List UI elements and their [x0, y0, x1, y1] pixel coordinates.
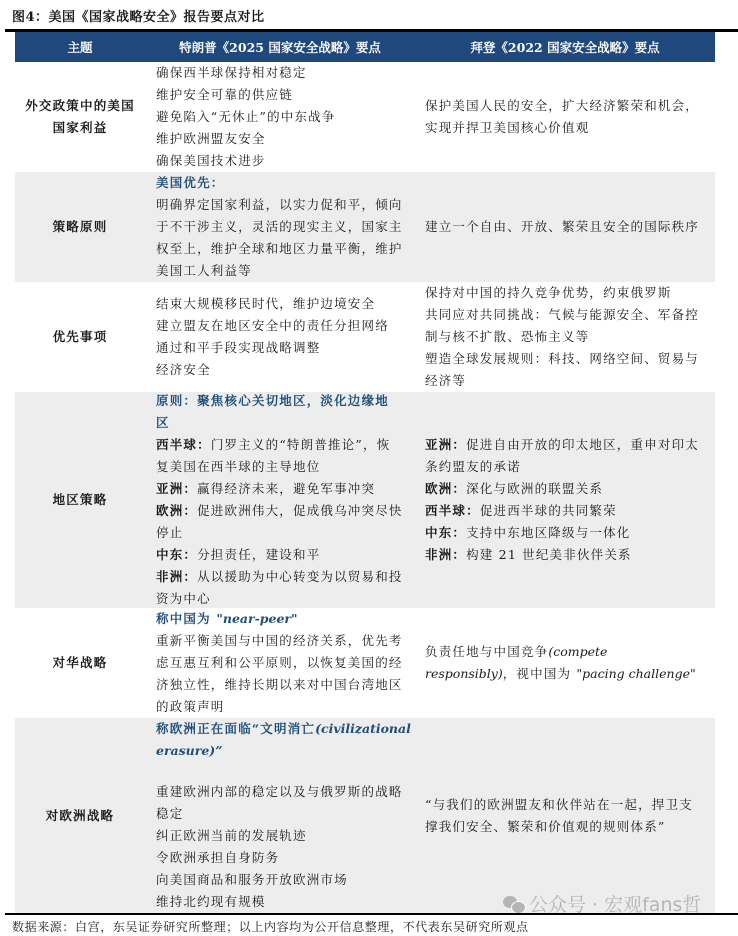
list-item: 西半球：门罗主义的“特朗普推论”，恢 [156, 434, 415, 456]
trump-cell: 称欧洲正在面临“文明消亡(civilizational erasure)” 重建… [145, 718, 415, 913]
figure-title: 图4：美国《国家战略安全》报告要点对比 [12, 6, 265, 25]
table-row: 外交政策中的美国 国家利益 确保西半球保持相对稳定 维护安全可靠的供应链 避免陷… [15, 62, 715, 172]
region-text: 促进自由开放的印太地区，重申对印太 [466, 437, 699, 452]
topic-text: 外交政策中的美国 [25, 95, 135, 117]
section-heading: erasure)” [156, 740, 415, 762]
wechat-icon [503, 895, 525, 913]
spacer [156, 762, 415, 781]
section-heading: 称中国为 "near-peer" [156, 608, 415, 630]
region-label: 非洲： [156, 569, 197, 584]
list-item: 的政策声明 [156, 696, 415, 718]
table-header: 主题 特朗普《2025 国家安全战略》要点 拜登《2022 国家安全战略》要点 [15, 32, 715, 62]
list-item: 确保西半球保持相对稳定 [156, 62, 415, 84]
biden-cell: 亚洲：促进自由开放的印太地区，重申对印太 条约盟友的承诺 欧洲：深化与欧洲的联盟… [415, 392, 715, 608]
section-heading: 区 [156, 412, 415, 434]
header-biden-2022: 拜登《2022 国家安全战略》要点 [415, 38, 715, 56]
list-item: 复美国在西半球的主导地位 [156, 456, 415, 478]
source-note: 数据来源：白宫，东吴证券研究所整理；以上内容均为公开信息整理，不代表东吴研究所观… [12, 918, 529, 935]
topic-cell: 策略原则 [15, 172, 145, 282]
list-item: 西半球：促进西半球的共同繁荣 [425, 500, 715, 522]
trump-cell: 原则：聚焦核心关切地区，淡化边缘地 区 西半球：门罗主义的“特朗普推论”，恢 复… [145, 392, 415, 608]
list-item: 维护安全可靠的供应链 [156, 84, 415, 106]
region-label: 西半球： [156, 437, 211, 452]
list-item: 重建欧洲内部的稳定以及与俄罗斯的战略 [156, 781, 415, 803]
list-item: 保护美国人民的安全，扩大经济繁荣和机会， [425, 95, 715, 117]
list-item: 建立盟友在地区安全中的责任分担网络 [156, 315, 415, 337]
topic-cell: 外交政策中的美国 国家利益 [15, 62, 145, 172]
list-item: 美国工人利益等 [156, 260, 415, 282]
list-item: 资为中心 [156, 588, 415, 610]
list-item: 欧洲：促进欧洲伟大，促成俄乌冲突尽快 [156, 500, 415, 522]
list-item: 重新平衡美国与中国的经济关系，优先考 [156, 630, 415, 652]
region-label: 亚洲： [156, 481, 197, 496]
list-item: 亚洲：促进自由开放的印太地区，重申对印太 [425, 434, 715, 456]
list-item: 共同应对共同挑战：气候与能源安全、军备控 [425, 304, 715, 326]
region-label: 欧洲： [425, 481, 466, 496]
list-item: 于不干涉主义，灵活的现实主义，国家主 [156, 216, 415, 238]
topic-cell: 优先事项 [15, 282, 145, 392]
header-trump-2025: 特朗普《2025 国家安全战略》要点 [145, 38, 415, 56]
bottom-rule [5, 913, 738, 915]
biden-cell: 负责任地与中国竞争(compete responsibly)，视中国为 "pac… [415, 608, 715, 718]
list-item: 非洲：从以援助为中心转变为以贸易和投 [156, 566, 415, 588]
list-item: 负责任地与中国竞争(compete [425, 641, 715, 663]
topic-cell: 地区策略 [15, 392, 145, 608]
biden-cell: 建立一个自由、开放、繁荣且安全的国际秩序 [415, 172, 715, 282]
region-text: 促进欧洲伟大，促成俄乌冲突尽快 [197, 503, 403, 518]
list-item: 制与核不扩散、恐怖主义等 [425, 326, 715, 348]
heading-cn: 称中国为 [156, 611, 216, 626]
region-text: 构建 21 世纪美非伙伴关系 [466, 547, 632, 562]
list-item: 实现并捍卫美国核心价值观 [425, 117, 715, 139]
text-en: "pacing challenge" [576, 666, 695, 681]
header-topic: 主题 [15, 38, 145, 56]
topic-text: 地区策略 [53, 489, 108, 511]
list-item: 避免陷入“无休止”的中东战争 [156, 106, 415, 128]
list-item: 令欧洲承担自身防务 [156, 847, 415, 869]
list-item: 中东：分担责任，建设和平 [156, 544, 415, 566]
list-item: 条约盟友的承诺 [425, 456, 715, 478]
list-item: “与我们的欧洲盟友和伙伴站在一起，捍卫支 [425, 794, 715, 816]
table-row: 地区策略 原则：聚焦核心关切地区，淡化边缘地 区 西半球：门罗主义的“特朗普推论… [15, 392, 715, 608]
region-label: 中东： [156, 547, 197, 562]
list-item: 通过和平手段实现战略调整 [156, 337, 415, 359]
list-item: 经济安全 [156, 359, 415, 381]
region-text: 促进西半球的共同繁荣 [480, 503, 617, 518]
list-item: 撑我们安全、繁荣和价值观的规则体系” [425, 816, 715, 838]
region-text: 支持中东地区降级与一体化 [466, 525, 630, 540]
table-row: 优先事项 结束大规模移民时代，维护边境安全 建立盟友在地区安全中的责任分担网络 … [15, 282, 715, 392]
trump-cell: 称中国为 "near-peer" 重新平衡美国与中国的经济关系，优先考 虑互惠互… [145, 608, 415, 718]
list-item: 中东：支持中东地区降级与一体化 [425, 522, 715, 544]
list-item: 保持对中国的持久竞争优势，约束俄罗斯 [425, 282, 715, 304]
topic-text: 策略原则 [53, 216, 108, 238]
biden-cell: 保护美国人民的安全，扩大经济繁荣和机会， 实现并捍卫美国核心价值观 [415, 62, 715, 172]
list-item: 结束大规模移民时代，维护边境安全 [156, 293, 415, 315]
region-text: 深化与欧洲的联盟关系 [466, 481, 603, 496]
list-item: 向美国商品和服务开放欧洲市场 [156, 869, 415, 891]
topic-cell: 对华战略 [15, 608, 145, 718]
list-item: 虑互惠互利和公平原则，以恢复美国的经 [156, 652, 415, 674]
list-item: 塑造全球发展规则：科技、网络空间、贸易与 [425, 348, 715, 370]
region-label: 非洲： [425, 547, 466, 562]
region-text: 分担责任，建设和平 [197, 547, 320, 562]
text-cn: 负责任地与中国竞争 [425, 644, 548, 659]
trump-cell: 美国优先： 明确界定国家利益，以实力促和平，倾向 于不干涉主义，灵活的现实主义，… [145, 172, 415, 282]
list-item: 明确界定国家利益，以实力促和平，倾向 [156, 194, 415, 216]
region-text: 赢得经济未来，避免军事冲突 [197, 481, 375, 496]
table-row: 对欧洲战略 称欧洲正在面临“文明消亡(civilizational erasur… [15, 718, 715, 913]
table-row: 对华战略 称中国为 "near-peer" 重新平衡美国与中国的经济关系，优先考… [15, 608, 715, 718]
biden-cell: 保持对中国的持久竞争优势，约束俄罗斯 共同应对共同挑战：气候与能源安全、军备控 … [415, 282, 715, 392]
text-cn: ，视中国为 [503, 666, 577, 681]
trump-cell: 确保西半球保持相对稳定 维护安全可靠的供应链 避免陷入“无休止”的中东战争 维护… [145, 62, 415, 172]
section-heading: 美国优先： [156, 172, 415, 194]
topic-text: 国家利益 [53, 117, 108, 139]
region-label: 欧洲： [156, 503, 197, 518]
list-item: 济独立性，维持长期以来对中国台湾地区 [156, 674, 415, 696]
list-item: 权至上，维护全球和地区力量平衡，维护 [156, 238, 415, 260]
list-item: 非洲：构建 21 世纪美非伙伴关系 [425, 544, 715, 566]
heading-en: (civilizational [315, 721, 411, 736]
list-item: 确保美国技术进步 [156, 150, 415, 172]
table-row: 策略原则 美国优先： 明确界定国家利益，以实力促和平，倾向 于不干涉主义，灵活的… [15, 172, 715, 282]
section-heading: 原则：聚焦核心关切地区，淡化边缘地 [156, 390, 415, 412]
region-label: 亚洲： [425, 437, 466, 452]
list-item: 维持北约现有规模 [156, 891, 415, 913]
heading-en: "near-peer" [216, 611, 297, 626]
topic-cell: 对欧洲战略 [15, 718, 145, 913]
list-item: 经济等 [425, 370, 715, 392]
text-en: (compete [548, 644, 607, 659]
list-item: 欧洲：深化与欧洲的联盟关系 [425, 478, 715, 500]
heading-cn: 称欧洲正在面临“文明消亡 [156, 721, 315, 736]
topic-text: 对华战略 [53, 652, 108, 674]
comparison-table: 主题 特朗普《2025 国家安全战略》要点 拜登《2022 国家安全战略》要点 … [15, 32, 715, 913]
list-item: 维护欧洲盟友安全 [156, 128, 415, 150]
list-item: 纠正欧洲当前的发展轨迹 [156, 825, 415, 847]
trump-cell: 结束大规模移民时代，维护边境安全 建立盟友在地区安全中的责任分担网络 通过和平手… [145, 282, 415, 392]
list-item: responsibly)，视中国为 "pacing challenge" [425, 663, 715, 685]
list-item: 稳定 [156, 803, 415, 825]
region-text: 从以援助为中心转变为以贸易和投 [197, 569, 403, 584]
list-item: 亚洲：赢得经济未来，避免军事冲突 [156, 478, 415, 500]
region-label: 中东： [425, 525, 466, 540]
region-label: 西半球： [425, 503, 480, 518]
section-heading: 称欧洲正在面临“文明消亡(civilizational [156, 718, 415, 740]
region-text: 门罗主义的“特朗普推论”，恢 [211, 437, 391, 452]
list-item: 建立一个自由、开放、繁荣且安全的国际秩序 [425, 216, 715, 238]
biden-cell: “与我们的欧洲盟友和伙伴站在一起，捍卫支 撑我们安全、繁荣和价值观的规则体系” [415, 718, 715, 913]
topic-text: 对欧洲战略 [46, 805, 115, 827]
topic-text: 优先事项 [53, 326, 108, 348]
list-item: 停止 [156, 522, 415, 544]
text-en: responsibly) [425, 666, 503, 681]
